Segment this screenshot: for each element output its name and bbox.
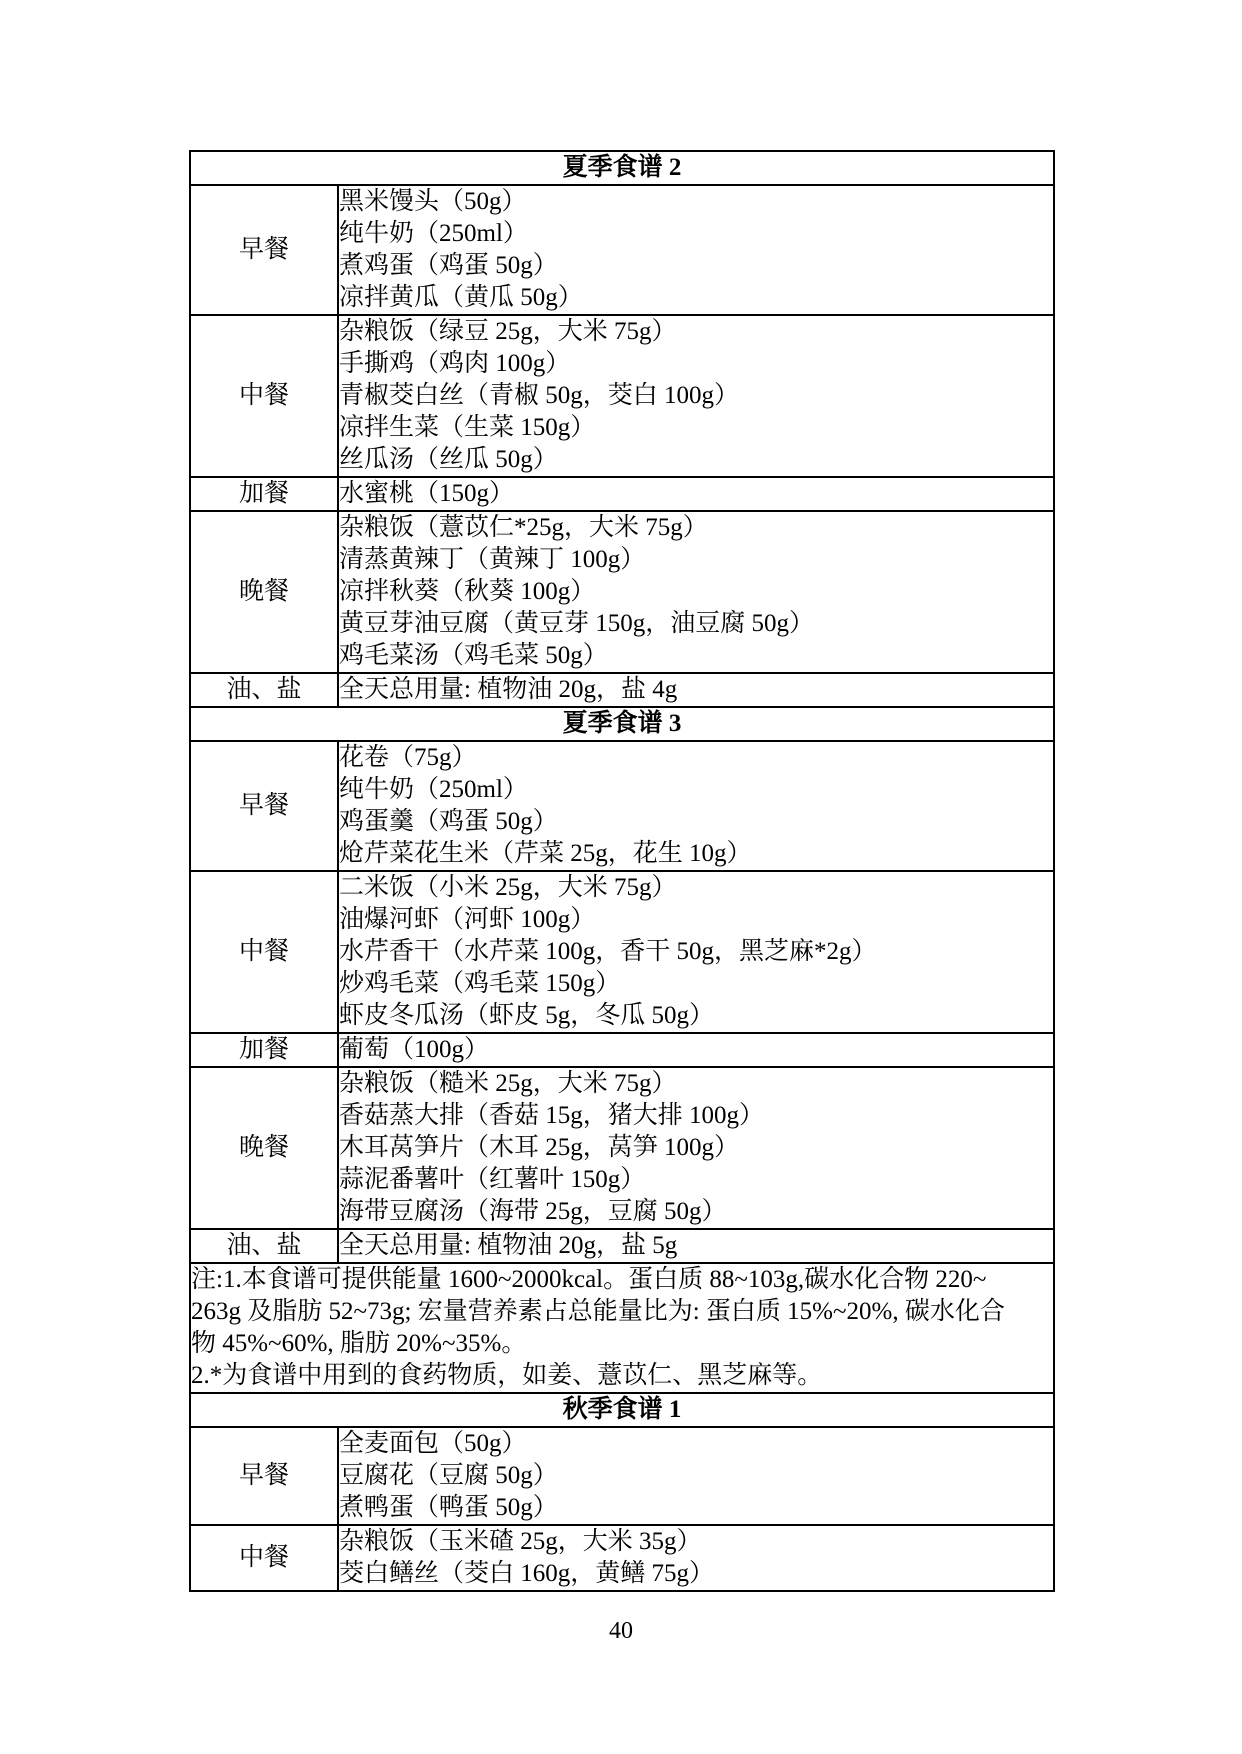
table-row: 夏季食谱 3 [190,707,1054,741]
meal-items-lunch: 杂粮饭（绿豆 25g，大米 75g） 手撕鸡（鸡肉 100g） 青椒茭白丝（青椒… [338,315,1054,477]
menu-title-summer-3: 夏季食谱 3 [190,707,1054,741]
recipe-notes: 注:1.本食谱可提供能量 1600~2000kcal。蛋白质 88~103g,碳… [190,1263,1054,1393]
table-row: 晚餐 杂粮饭（薏苡仁*25g，大米 75g） 清蒸黄辣丁（黄辣丁 100g） 凉… [190,511,1054,673]
meal-label-snack: 加餐 [190,1033,338,1067]
meal-label-lunch: 中餐 [190,1525,338,1591]
meal-label-breakfast: 早餐 [190,185,338,315]
meal-items-lunch: 杂粮饭（玉米碴 25g，大米 35g） 茭白鳝丝（茭白 160g，黄鳝 75g） [338,1525,1054,1591]
meal-items-breakfast: 花卷（75g） 纯牛奶（250ml） 鸡蛋羹（鸡蛋 50g） 炝芹菜花生米（芹菜… [338,741,1054,871]
meal-items-breakfast: 全麦面包（50g） 豆腐花（豆腐 50g） 煮鸭蛋（鸭蛋 50g） [338,1427,1054,1525]
menu-title-summer-2: 夏季食谱 2 [190,151,1054,185]
table-row: 中餐 二米饭（小米 25g，大米 75g） 油爆河虾（河虾 100g） 水芹香干… [190,871,1054,1033]
page-number: 40 [0,1618,1242,1645]
table-row: 秋季食谱 1 [190,1393,1054,1427]
meal-items-oil-salt: 全天总用量: 植物油 20g，盐 4g [338,673,1054,707]
meal-label-oil-salt: 油、盐 [190,673,338,707]
table-row: 中餐 杂粮饭（绿豆 25g，大米 75g） 手撕鸡（鸡肉 100g） 青椒茭白丝… [190,315,1054,477]
meal-label-dinner: 晚餐 [190,1067,338,1229]
meal-items-snack: 水蜜桃（150g） [338,477,1054,511]
table-row: 早餐 黑米馒头（50g） 纯牛奶（250ml） 煮鸡蛋（鸡蛋 50g） 凉拌黄瓜… [190,185,1054,315]
menu-title-autumn-1: 秋季食谱 1 [190,1393,1054,1427]
meal-items-breakfast: 黑米馒头（50g） 纯牛奶（250ml） 煮鸡蛋（鸡蛋 50g） 凉拌黄瓜（黄瓜… [338,185,1054,315]
meal-label-lunch: 中餐 [190,315,338,477]
table-row: 加餐 葡萄（100g） [190,1033,1054,1067]
table-row: 早餐 花卷（75g） 纯牛奶（250ml） 鸡蛋羹（鸡蛋 50g） 炝芹菜花生米… [190,741,1054,871]
meal-label-breakfast: 早餐 [190,741,338,871]
meal-items-snack: 葡萄（100g） [338,1033,1054,1067]
meal-plan-table: 夏季食谱 2 早餐 黑米馒头（50g） 纯牛奶（250ml） 煮鸡蛋（鸡蛋 50… [189,150,1055,1592]
meal-items-dinner: 杂粮饭（薏苡仁*25g，大米 75g） 清蒸黄辣丁（黄辣丁 100g） 凉拌秋葵… [338,511,1054,673]
table-row: 晚餐 杂粮饭（糙米 25g，大米 75g） 香菇蒸大排（香菇 15g，猪大排 1… [190,1067,1054,1229]
meal-label-snack: 加餐 [190,477,338,511]
meal-label-oil-salt: 油、盐 [190,1229,338,1263]
table-row: 夏季食谱 2 [190,151,1054,185]
table-row: 油、盐 全天总用量: 植物油 20g，盐 4g [190,673,1054,707]
meal-label-lunch: 中餐 [190,871,338,1033]
table-row: 注:1.本食谱可提供能量 1600~2000kcal。蛋白质 88~103g,碳… [190,1263,1054,1393]
table-row: 油、盐 全天总用量: 植物油 20g，盐 5g [190,1229,1054,1263]
meal-label-breakfast: 早餐 [190,1427,338,1525]
meal-label-dinner: 晚餐 [190,511,338,673]
meal-items-oil-salt: 全天总用量: 植物油 20g，盐 5g [338,1229,1054,1263]
meal-items-lunch: 二米饭（小米 25g，大米 75g） 油爆河虾（河虾 100g） 水芹香干（水芹… [338,871,1054,1033]
table-row: 中餐 杂粮饭（玉米碴 25g，大米 35g） 茭白鳝丝（茭白 160g，黄鳝 7… [190,1525,1054,1591]
table-row: 早餐 全麦面包（50g） 豆腐花（豆腐 50g） 煮鸭蛋（鸭蛋 50g） [190,1427,1054,1525]
meal-items-dinner: 杂粮饭（糙米 25g，大米 75g） 香菇蒸大排（香菇 15g，猪大排 100g… [338,1067,1054,1229]
table-row: 加餐 水蜜桃（150g） [190,477,1054,511]
document-page: 夏季食谱 2 早餐 黑米馒头（50g） 纯牛奶（250ml） 煮鸡蛋（鸡蛋 50… [0,0,1242,1754]
